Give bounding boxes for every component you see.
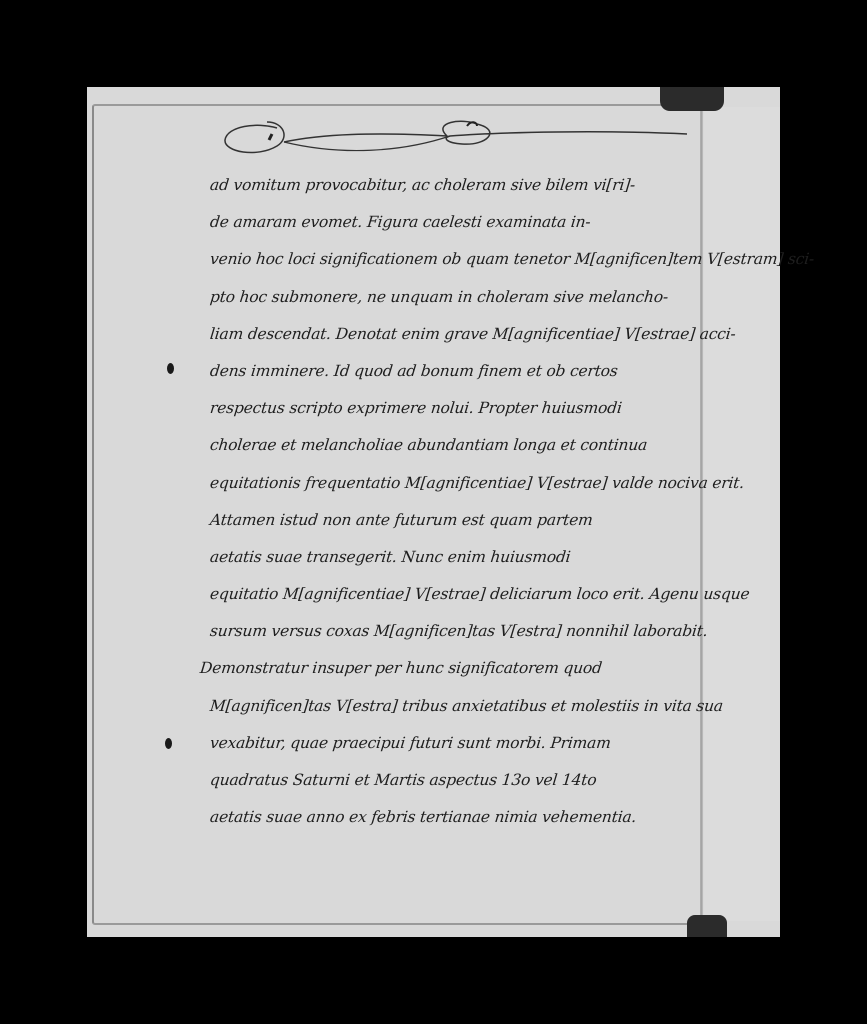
- text-line: pto hoc submonere, ne unquam in choleram…: [208, 279, 692, 316]
- text-line: dens imminere. Id quod ad bonum finem et…: [208, 353, 692, 390]
- text-line: aetatis suae anno ex febris tertianae ni…: [208, 799, 692, 836]
- text-line: equitationis frequentatio M[agnificentia…: [208, 465, 692, 502]
- text-line: venio hoc loci significationem ob quam t…: [208, 241, 692, 278]
- binding-clip-top: [660, 87, 724, 111]
- text-line: liam descendat. Denotat enim grave M[agn…: [208, 316, 692, 353]
- text-line: M[agnificen]tas V[estra] tribus anxietat…: [208, 688, 692, 725]
- text-line: quadratus Saturni et Martis aspectus 13o…: [208, 762, 692, 799]
- decorative-flourish-icon: [222, 112, 692, 162]
- text-line: cholerae et melancholiae abundantiam lon…: [208, 427, 692, 464]
- margin-mark: [167, 363, 174, 374]
- text-line: Attamen istud non ante futurum est quam …: [208, 502, 692, 539]
- text-line: respectus scripto exprimere nolui. Propt…: [208, 390, 692, 427]
- text-line: vexabitur, quae praecipui futuri sunt mo…: [208, 725, 692, 762]
- manuscript-text: ad vomitum provocabitur, ac choleram siv…: [210, 167, 690, 836]
- text-line: aetatis suae transegerit. Nunc enim huiu…: [208, 539, 692, 576]
- margin-mark: [165, 738, 172, 749]
- text-line: sursum versus coxas M[agnificen]tas V[es…: [208, 613, 692, 650]
- manuscript-sheet: ad vomitum provocabitur, ac choleram siv…: [87, 87, 780, 937]
- facing-page-edge: [704, 107, 780, 921]
- text-line: Demonstratur insuper per hunc significat…: [198, 650, 692, 687]
- binding-gutter: [700, 105, 703, 923]
- text-line: equitatio M[agnificentiae] V[estrae] del…: [208, 576, 692, 613]
- text-line: ad vomitum provocabitur, ac choleram siv…: [208, 167, 692, 204]
- text-line: de amaram evomet. Figura caelesti examin…: [208, 204, 692, 241]
- binding-clip-bottom: [687, 915, 727, 937]
